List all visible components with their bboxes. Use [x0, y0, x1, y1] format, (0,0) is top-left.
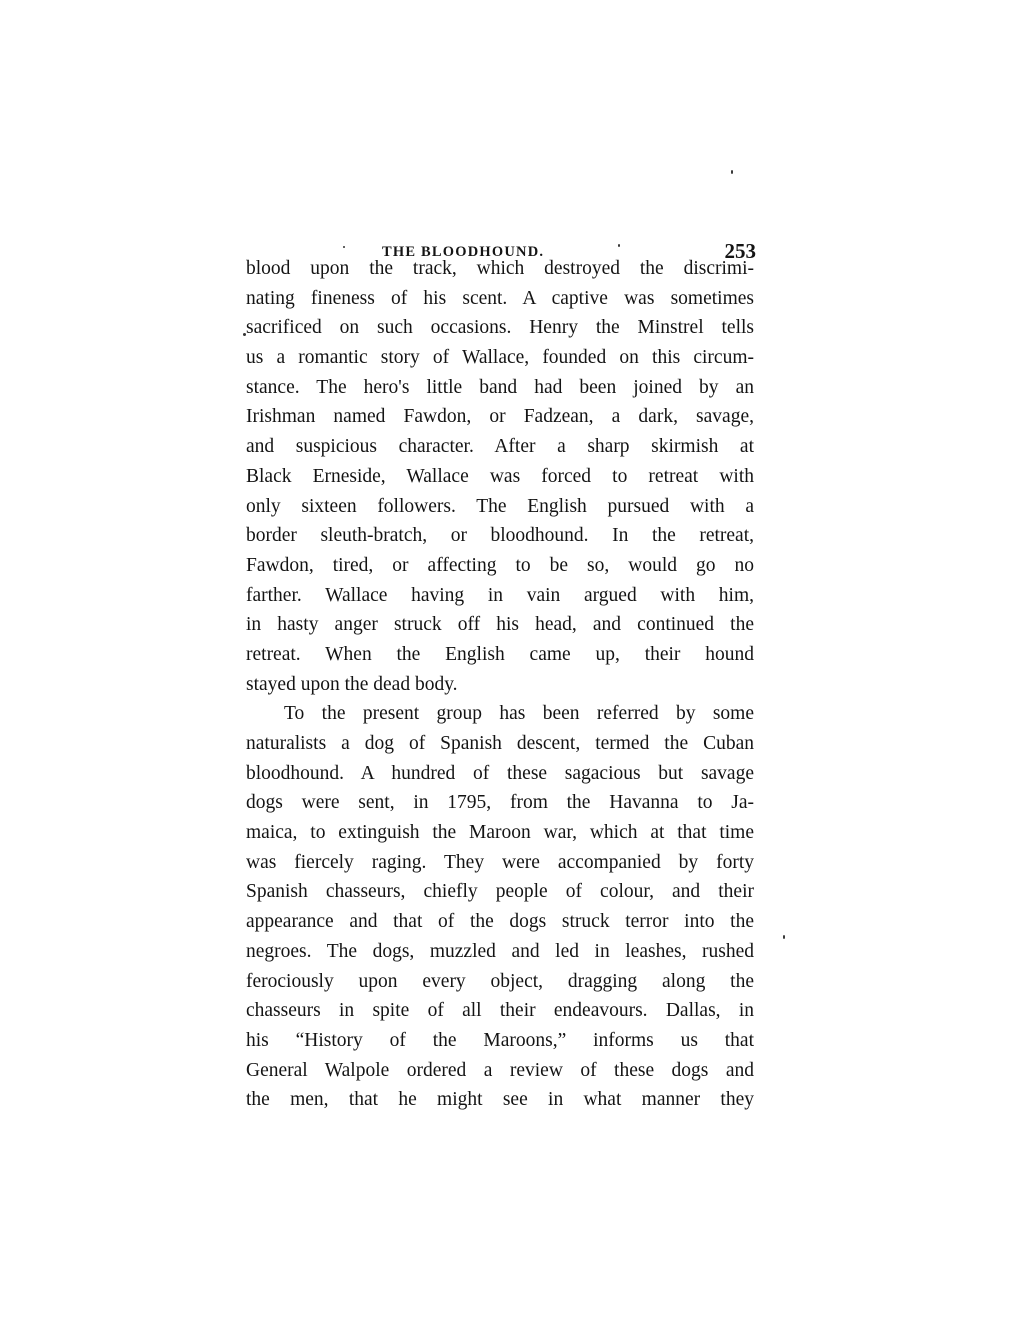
text-line: was fiercely raging. They were accompani… [246, 848, 754, 878]
text-line: only sixteen followers. The English purs… [246, 492, 754, 522]
text-line: nating fineness of his scent. A captive … [246, 284, 754, 314]
text-line: bloodhound. A hundred of these sagacious… [246, 759, 754, 789]
text-line: General Walpole ordered a review of thes… [246, 1056, 754, 1086]
text-line: naturalists a dog of Spanish descent, te… [246, 729, 754, 759]
text-line: and suspicious character. After a sharp … [246, 432, 754, 462]
text-line: To the present group has been referred b… [246, 699, 754, 729]
paragraph-2: To the present group has been referred b… [246, 699, 754, 1115]
text-line: blood upon the track, which destroyed th… [246, 254, 754, 284]
text-line: Fawdon, tired, or affecting to be so, wo… [246, 551, 754, 581]
text-line: Black Erneside, Wallace was forced to re… [246, 462, 754, 492]
body-text: blood upon the track, which destroyed th… [246, 254, 754, 1115]
text-line: Irishman named Fawdon, or Fadzean, a dar… [246, 402, 754, 432]
text-line: border sleuth-bratch, or bloodhound. In … [246, 521, 754, 551]
scan-speck [731, 170, 733, 174]
text-line: chasseurs in spite of all their endeavou… [246, 996, 754, 1026]
book-page: THE BLOODHOUND. 253 blood upon the track… [0, 0, 1033, 1339]
text-line: farther. Wallace having in vain argued w… [246, 581, 754, 611]
text-line: sacrificed on such occasions. Henry the … [246, 313, 754, 343]
text-line: retreat. When the English came up, their… [246, 640, 754, 670]
paragraph-1: blood upon the track, which destroyed th… [246, 254, 754, 699]
text-line: Spanish chasseurs, chiefly people of col… [246, 877, 754, 907]
scan-speck [618, 244, 620, 247]
text-line: in hasty anger struck off his head, and … [246, 610, 754, 640]
text-line: his “History of the Maroons,” informs us… [246, 1026, 754, 1056]
text-line: maica, to extinguish the Maroon war, whi… [246, 818, 754, 848]
scan-speck [783, 935, 785, 939]
text-line: us a romantic story of Wallace, founded … [246, 343, 754, 373]
text-line: negroes. The dogs, muzzled and led in le… [246, 937, 754, 967]
text-line: the men, that he might see in what manne… [246, 1085, 754, 1115]
scan-speck [343, 246, 345, 248]
text-line: ferociously upon every object, dragging … [246, 967, 754, 997]
text-line: appearance and that of the dogs struck t… [246, 907, 754, 937]
text-line: dogs were sent, in 1795, from the Havann… [246, 788, 754, 818]
text-line: stayed upon the dead body. [246, 670, 754, 700]
text-line: stance. The hero's little band had been … [246, 373, 754, 403]
